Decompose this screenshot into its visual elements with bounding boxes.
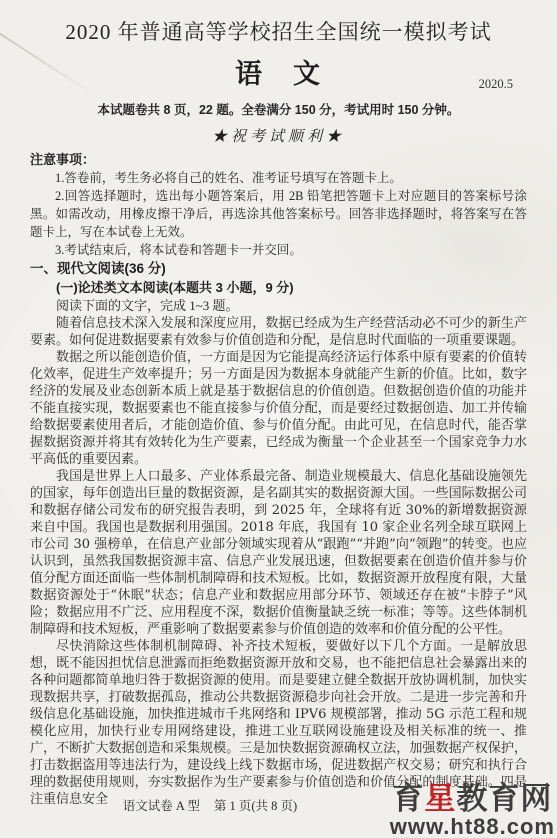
watermark-name-accent: 星 (424, 781, 456, 816)
watermark-url: www.ht88.com (390, 816, 555, 838)
watermark-name-part3: 教育网 (456, 781, 552, 816)
watermark-name-part1: 育 (392, 781, 424, 816)
page-footer: 语文试卷 A 型第 1 页(共 8 页) (0, 796, 420, 814)
footer-page-number: 第 1 页(共 8 页) (214, 799, 297, 813)
exam-wish-line: ★祝考试顺利★ (30, 125, 527, 146)
notice-item-2: 2.回答选择题时，选出每小题答案后，用 2B 铅笔把答题卡上对应题目的答案标号涂… (30, 187, 527, 241)
passage-paragraph-3: 我国是世界上人口最多、产业体系最完备、制造业规模最大、信息化基础设施领先的国家，… (30, 468, 527, 638)
watermark-site-name: 育星教育网 (390, 783, 555, 814)
page-content: 2020 年普通高等学校招生全国统一模拟考试 语 文 2020.5 本试题卷共 … (0, 0, 557, 808)
passage-paragraph-2: 数据之所以能创造价值，一方面是因为它能提高经济运行体系中原有要素的价值转化效率，… (30, 349, 527, 468)
exam-title: 2020 年普通高等学校招生全国统一模拟考试 (30, 16, 527, 46)
watermark: 育星教育网 www.ht88.com (390, 783, 555, 838)
notice-item-1: 1.答卷前，考生务必将自己的姓名、准考证号填写在答题卡上。 (30, 169, 527, 187)
section-title-modern-reading: 一、现代文阅读(36 分) (30, 259, 527, 278)
subject-row: 语 文 2020.5 (30, 55, 527, 95)
notice-item-3: 3.考试结束后，将本试卷和答题卡一并交回。 (30, 241, 527, 259)
reading-passage: 随着信息技术深入发展和深度应用，数据已经成为生产经营活动必不可少的新生产要素。如… (30, 315, 527, 808)
exam-paper-page: 2020 年普通高等学校招生全国统一模拟考试 语 文 2020.5 本试题卷共 … (0, 0, 557, 838)
paper-info-line: 本试题卷共 8 页，22 题。全卷满分 150 分，考试用时 150 分钟。 (30, 100, 527, 118)
footer-paper-label: 语文试卷 A 型 (123, 799, 200, 813)
subject-title: 语 文 (30, 55, 527, 93)
subsection-title-argumentative-reading: (一)论述类文本阅读(本题共 3 小题，9 分) (30, 278, 527, 297)
passage-paragraph-1: 随着信息技术深入发展和深度应用，数据已经成为生产经营活动必不可少的新生产要素。如… (30, 315, 527, 349)
notices-heading: 注意事项： (30, 151, 527, 169)
exam-date: 2020.5 (479, 77, 513, 92)
reading-instruction: 阅读下面的文字，完成 1~3 题。 (30, 297, 527, 315)
